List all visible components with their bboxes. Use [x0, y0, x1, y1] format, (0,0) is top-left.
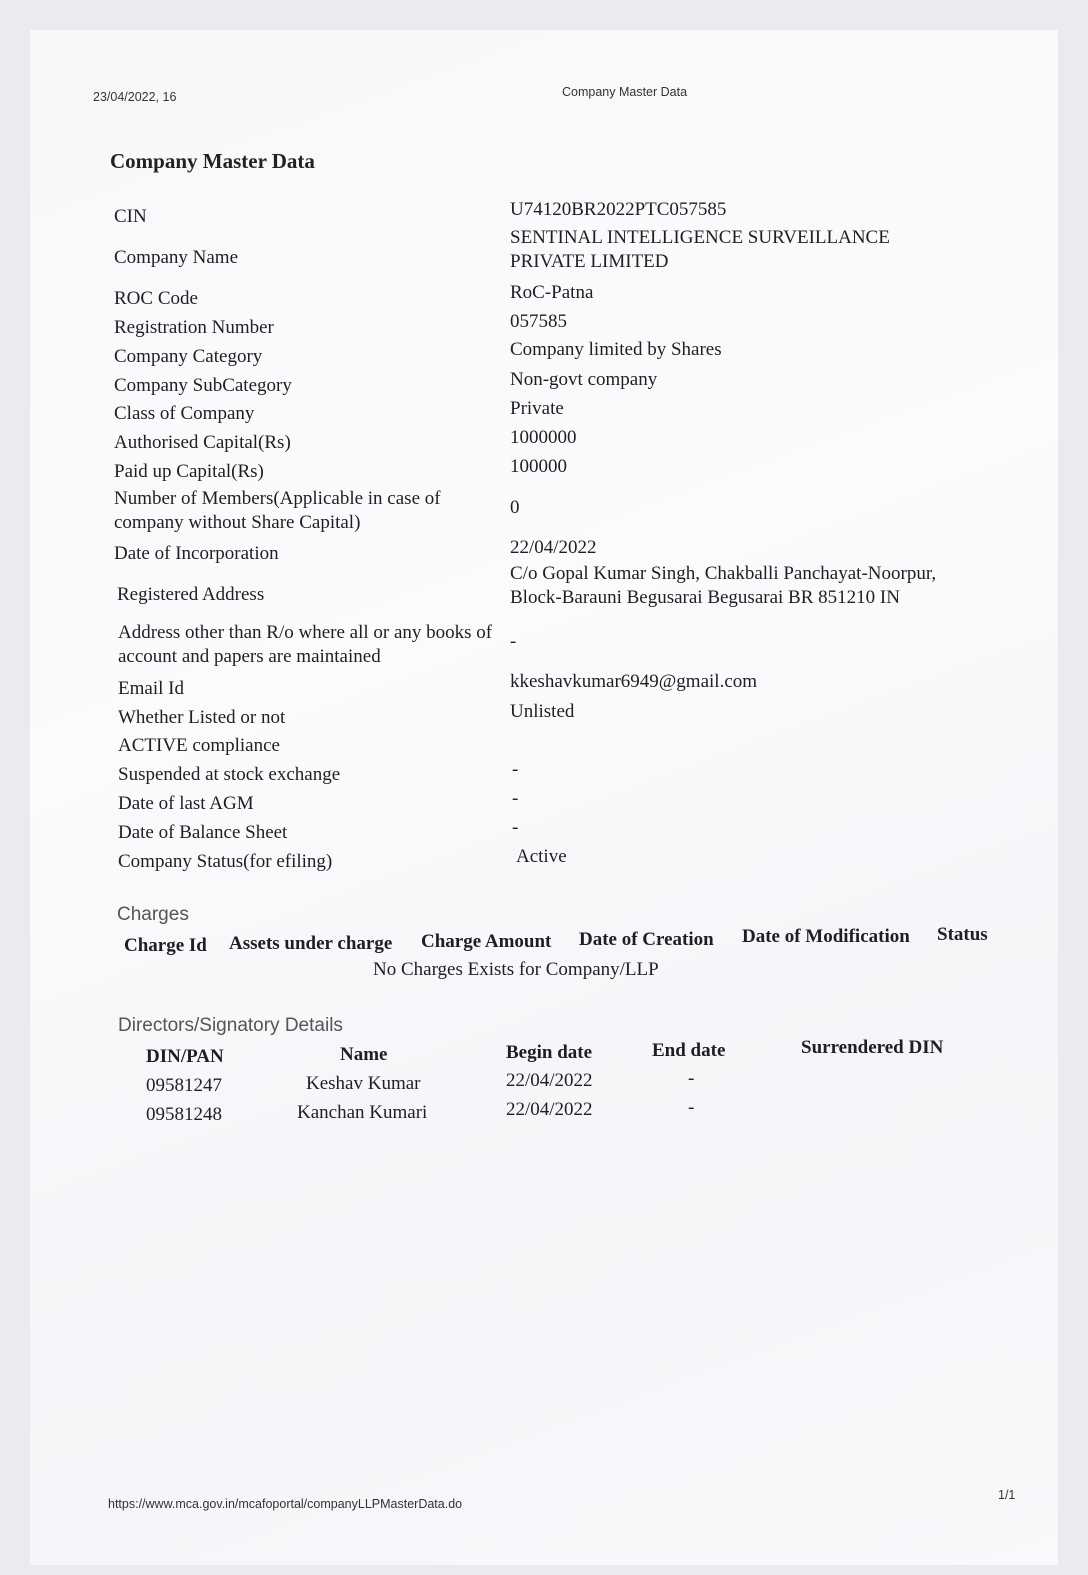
value-number-of-members: 0	[510, 496, 1010, 520]
label-company-status: Company Status(for efiling)	[118, 850, 508, 874]
directors-col-din: DIN/PAN	[146, 1046, 224, 1068]
label-listed: Whether Listed or not	[118, 706, 508, 730]
director-din: 09581248	[146, 1104, 222, 1126]
label-date-of-incorporation: Date of Incorporation	[114, 542, 504, 566]
label-company-name: Company Name	[114, 246, 504, 270]
value-company-category: Company limited by Shares	[510, 338, 1010, 362]
directors-section-title: Directors/Signatory Details	[118, 1015, 343, 1037]
value-class-of-company: Private	[510, 397, 1010, 421]
print-header-title: Company Master Data	[562, 85, 687, 99]
page-number: 1/1	[998, 1488, 1015, 1502]
label-active-compliance: ACTIVE compliance	[118, 734, 508, 758]
value-paid-up-capital: 100000	[510, 455, 1010, 479]
value-company-name: SENTINAL INTELLIGENCE SURVEILLANCE PRIVA…	[510, 226, 930, 274]
director-name: Kanchan Kumari	[297, 1102, 427, 1124]
page-title: Company Master Data	[110, 149, 315, 174]
value-email-id: kkeshavkumar6949@gmail.com	[510, 670, 1010, 694]
label-roc-code: ROC Code	[114, 287, 504, 311]
label-company-subcategory: Company SubCategory	[114, 374, 504, 398]
label-registration-number: Registration Number	[114, 316, 504, 340]
value-authorised-capital: 1000000	[510, 426, 1010, 450]
charges-col-charge-id: Charge Id	[124, 935, 207, 957]
footer-url: https://www.mca.gov.in/mcafoportal/compa…	[108, 1497, 462, 1511]
label-balance-sheet: Date of Balance Sheet	[118, 821, 508, 845]
directors-col-end-date: End date	[652, 1040, 725, 1062]
value-registered-address: C/o Gopal Kumar Singh, Chakballi Panchay…	[510, 562, 980, 610]
directors-col-surrendered-din: Surrendered DIN	[801, 1037, 943, 1059]
charges-section-title: Charges	[117, 904, 189, 926]
value-balance-sheet: -	[512, 816, 1012, 840]
label-company-category: Company Category	[114, 345, 504, 369]
director-name: Keshav Kumar	[306, 1073, 421, 1095]
directors-col-name: Name	[340, 1044, 387, 1066]
label-cin: CIN	[114, 205, 504, 229]
charges-col-status: Status	[937, 924, 988, 946]
value-registration-number: 057585	[510, 310, 1010, 334]
charges-col-date-modification: Date of Modification	[742, 926, 910, 948]
directors-col-begin-date: Begin date	[506, 1042, 592, 1064]
charges-col-date-creation: Date of Creation	[579, 929, 714, 951]
value-company-status: Active	[516, 845, 1016, 869]
label-other-address: Address other than R/o where all or any …	[118, 621, 503, 669]
value-company-subcategory: Non-govt company	[510, 368, 1010, 392]
value-listed: Unlisted	[510, 700, 1010, 724]
label-paid-up-capital: Paid up Capital(Rs)	[114, 460, 504, 484]
label-number-of-members: Number of Members(Applicable in case of …	[114, 487, 474, 535]
director-end-date: -	[688, 1097, 694, 1119]
label-class-of-company: Class of Company	[114, 402, 504, 426]
value-cin: U74120BR2022PTC057585	[510, 198, 1010, 222]
label-registered-address: Registered Address	[117, 583, 507, 607]
director-end-date: -	[688, 1068, 694, 1090]
label-authorised-capital: Authorised Capital(Rs)	[114, 431, 504, 455]
director-begin-date: 22/04/2022	[506, 1070, 593, 1092]
director-begin-date: 22/04/2022	[506, 1099, 593, 1121]
value-other-address: -	[510, 630, 1010, 654]
print-datetime: 23/04/2022, 16	[93, 90, 176, 104]
charges-empty-message: No Charges Exists for Company/LLP	[373, 959, 659, 981]
value-date-of-incorporation: 22/04/2022	[510, 536, 1010, 560]
charges-col-assets: Assets under charge	[229, 933, 392, 955]
value-roc-code: RoC-Patna	[510, 281, 1010, 305]
label-suspended: Suspended at stock exchange	[118, 763, 508, 787]
director-din: 09581247	[146, 1075, 222, 1097]
label-last-agm: Date of last AGM	[118, 792, 508, 816]
label-email-id: Email Id	[118, 677, 508, 701]
charges-col-amount: Charge Amount	[421, 931, 551, 953]
value-suspended: -	[512, 758, 1012, 782]
value-last-agm: -	[512, 787, 1012, 811]
